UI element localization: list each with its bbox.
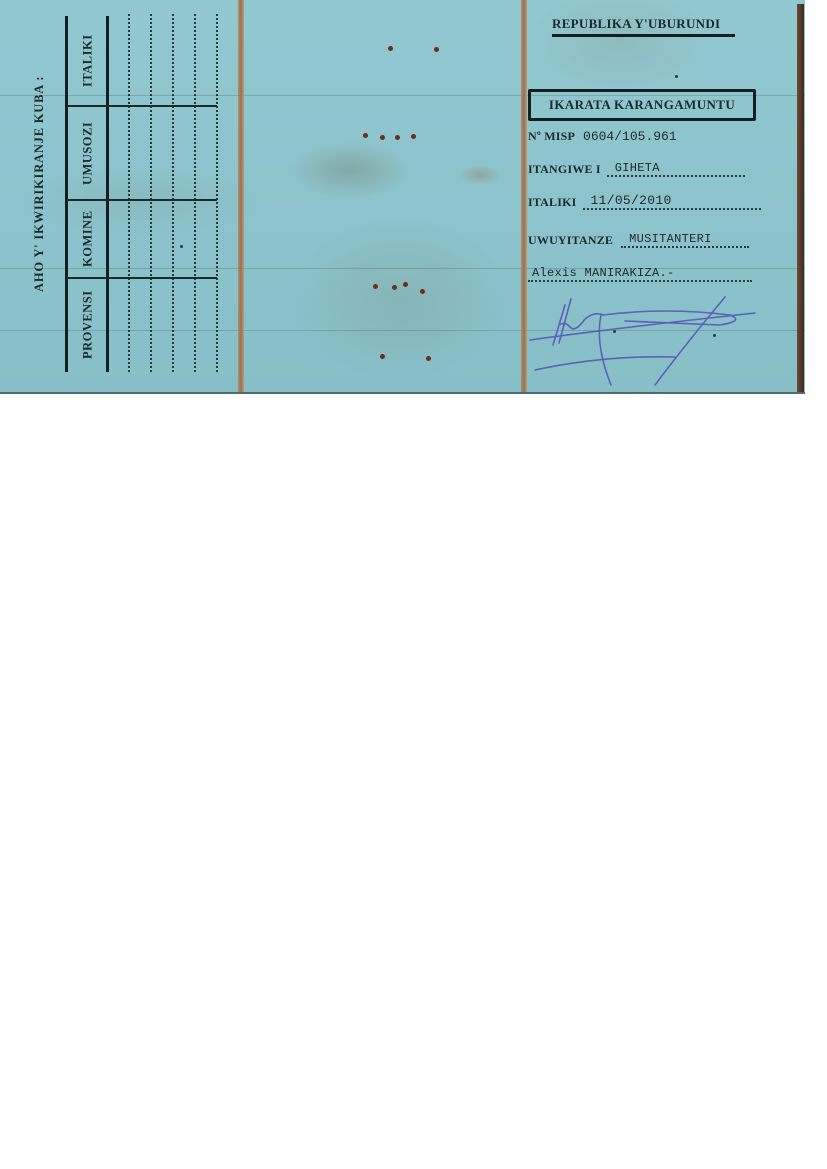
issuer-name: Alexis MANIRAKIZA.- bbox=[528, 264, 752, 282]
table-row-line bbox=[216, 14, 218, 372]
card-title-box: IKARATA KARANGAMUNTU bbox=[528, 89, 756, 121]
staple-hole bbox=[434, 47, 439, 52]
country-heading: REPUBLIKA Y'UBURUNDI bbox=[552, 16, 720, 32]
address-history-title: AHO Y' IKWIRIKIRANJE KUBA : bbox=[32, 50, 58, 318]
fold-line bbox=[238, 0, 244, 392]
field-issue-date: ITALIKI 11/05/2010 bbox=[528, 190, 761, 210]
column-divider bbox=[67, 277, 217, 279]
table-row-line bbox=[194, 14, 196, 372]
stain-speck bbox=[713, 334, 716, 337]
staple-hole bbox=[420, 289, 425, 294]
signature bbox=[525, 285, 795, 395]
staple-hole bbox=[363, 133, 368, 138]
column-header-komine: KOMINE bbox=[76, 201, 100, 277]
staple-hole bbox=[395, 135, 400, 140]
heading-underline bbox=[552, 34, 735, 37]
table-row-line bbox=[172, 14, 174, 372]
staple-hole bbox=[373, 284, 378, 289]
field-misp-number: Nº MISP 0604/105.961 bbox=[528, 124, 677, 144]
field-label: ITANGIWE I bbox=[528, 162, 601, 177]
table-border bbox=[106, 16, 109, 372]
table-row-line bbox=[128, 14, 130, 372]
field-label: ITALIKI bbox=[528, 195, 577, 210]
staple-hole bbox=[388, 46, 393, 51]
staple-hole bbox=[380, 135, 385, 140]
field-label: UWUYITANZE bbox=[528, 233, 613, 248]
stain-speck bbox=[180, 245, 183, 248]
field-value: 11/05/2010 bbox=[583, 192, 761, 210]
column-header-umusozi: UMUSOZI bbox=[76, 107, 100, 199]
issuer-name-line: Alexis MANIRAKIZA.- bbox=[528, 262, 752, 282]
field-value: 0604/105.961 bbox=[583, 129, 677, 144]
staple-hole bbox=[411, 134, 416, 139]
staple-hole bbox=[380, 354, 385, 359]
column-header-provensi: PROVENSI bbox=[76, 280, 100, 370]
staple-hole bbox=[403, 282, 408, 287]
stain-speck bbox=[675, 75, 678, 78]
field-value: GIHETA bbox=[607, 159, 745, 177]
field-label: Nº MISP bbox=[528, 129, 575, 144]
identity-card: AHO Y' IKWIRIKIRANJE KUBA : PROVENSI KOM… bbox=[0, 0, 805, 394]
stain-speck bbox=[613, 330, 616, 333]
staple-hole bbox=[426, 356, 431, 361]
field-value: MUSITANTERI bbox=[621, 230, 749, 248]
column-header-italiki: ITALIKI bbox=[76, 16, 100, 105]
staple-hole bbox=[392, 285, 397, 290]
card-edge bbox=[797, 4, 804, 392]
card-title: IKARATA KARANGAMUNTU bbox=[549, 97, 735, 113]
table-border bbox=[65, 16, 68, 372]
middle-panel-blank bbox=[240, 0, 525, 392]
table-row-line bbox=[150, 14, 152, 372]
field-issuer: UWUYITANZE MUSITANTERI bbox=[528, 228, 749, 248]
field-issued-at: ITANGIWE I GIHETA bbox=[528, 157, 745, 177]
